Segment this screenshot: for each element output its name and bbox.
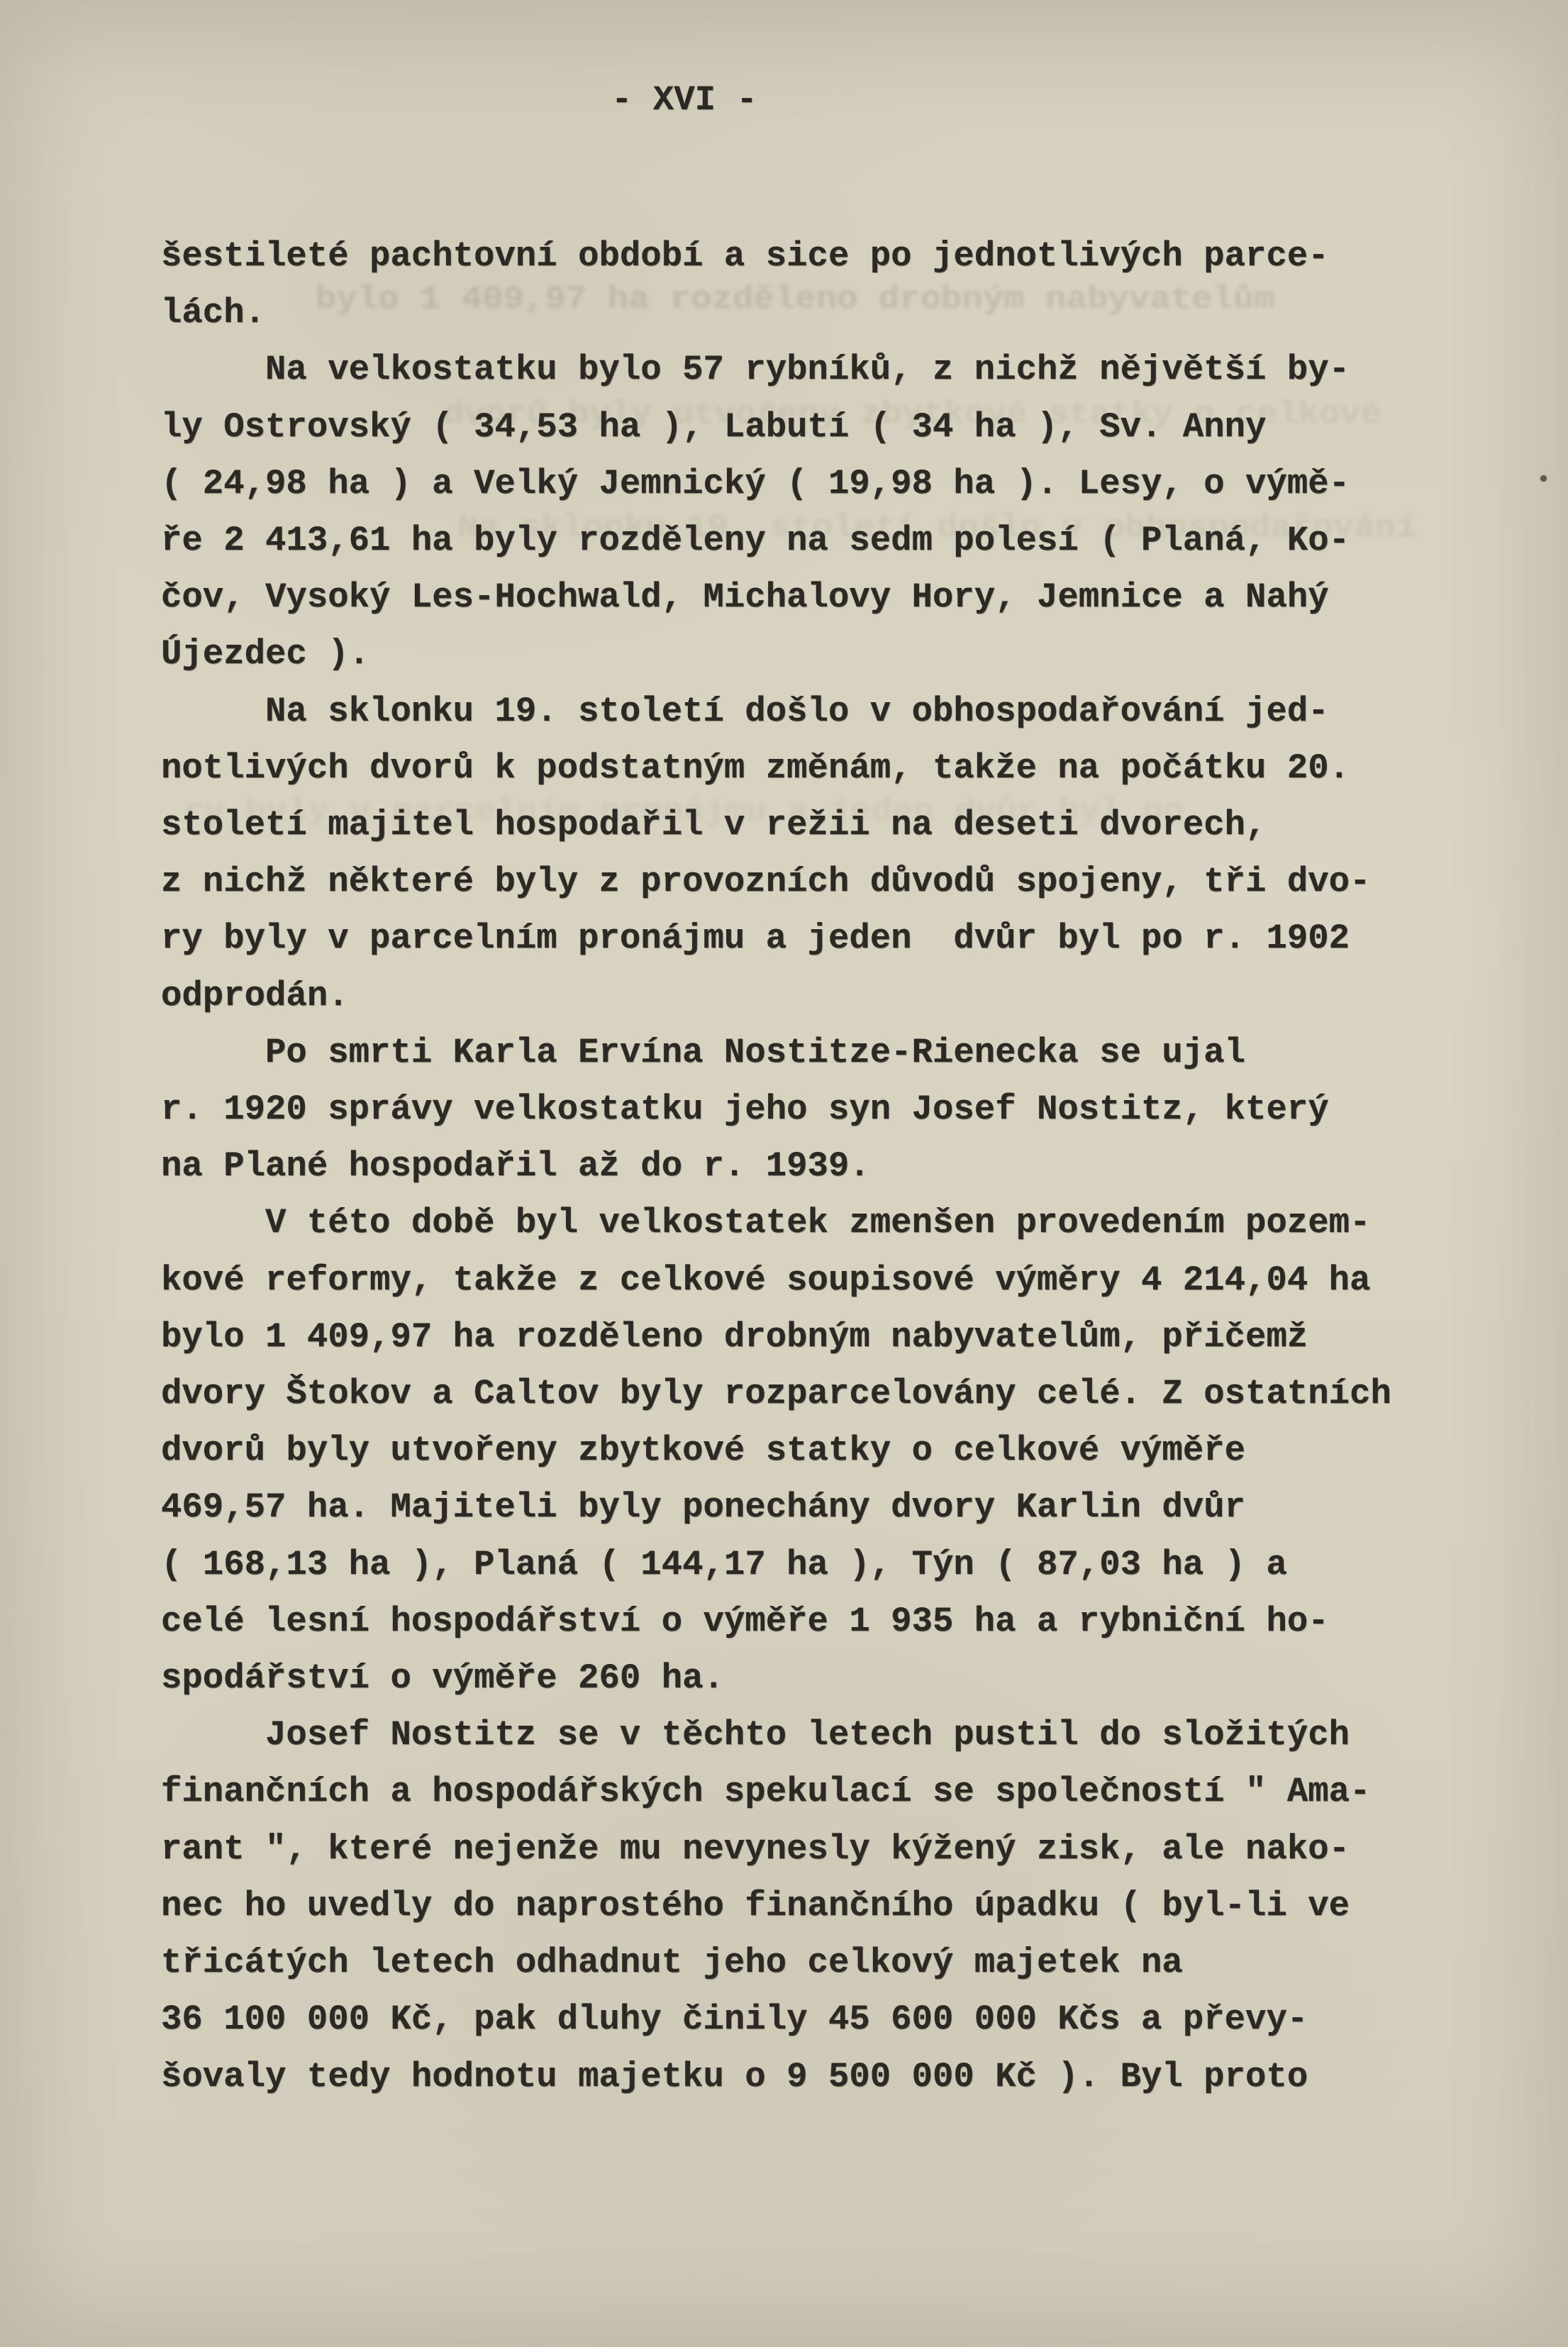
text-line: 36 100 000 Kč, pak dluhy činily 45 600 0… bbox=[161, 1991, 1391, 2048]
text-line: čov, Vysoký Les-Hochwald, Michalovy Hory… bbox=[161, 569, 1391, 626]
document-page: bylo 1 409,97 ha rozděleno drobným nabyv… bbox=[0, 0, 1568, 2347]
text-line: z nichž některé byly z provozních důvodů… bbox=[161, 853, 1391, 910]
text-line: dvory Štokov a Caltov byly rozparcelován… bbox=[161, 1365, 1391, 1422]
text-line: odprodán. bbox=[161, 967, 1391, 1024]
text-line: Na velkostatku bylo 57 rybníků, z nichž … bbox=[161, 341, 1391, 398]
text-line: bylo 1 409,97 ha rozděleno drobným nabyv… bbox=[161, 1309, 1391, 1365]
text-line: ( 168,13 ha ), Planá ( 144,17 ha ), Týn … bbox=[161, 1536, 1391, 1593]
text-line: třicátých letech odhadnut jeho celkový m… bbox=[161, 1934, 1391, 1991]
page-number-header: - XVI - bbox=[611, 72, 757, 128]
text-line: šovaly tedy hodnotu majetku o 9 500 000 … bbox=[161, 2048, 1391, 2105]
text-line: ry byly v parcelním pronájmu a jeden dvů… bbox=[161, 910, 1391, 967]
text-line: spodářství o výměře 260 ha. bbox=[161, 1650, 1391, 1707]
text-line: šestileté pachtovní období a sice po jed… bbox=[161, 228, 1391, 284]
text-line: V této době byl velkostatek zmenšen prov… bbox=[161, 1194, 1391, 1251]
text-line: ( 24,98 ha ) a Velký Jemnický ( 19,98 ha… bbox=[161, 455, 1391, 512]
text-line: notlivých dvorů k podstatným změnám, tak… bbox=[161, 740, 1391, 797]
text-line: finančních a hospodářských spekulací se … bbox=[161, 1763, 1391, 1820]
text-line: dvorů byly utvořeny zbytkové statky o ce… bbox=[161, 1422, 1391, 1479]
text-line: celé lesní hospodářství o výměře 1 935 h… bbox=[161, 1593, 1391, 1650]
text-line: Josef Nostitz se v těchto letech pustil … bbox=[161, 1707, 1391, 1763]
text-line: ře 2 413,61 ha byly rozděleny na sedm po… bbox=[161, 512, 1391, 569]
text-line: r. 1920 správy velkostatku jeho syn Jose… bbox=[161, 1081, 1391, 1138]
text-line: na Plané hospodařil až do r. 1939. bbox=[161, 1138, 1391, 1194]
text-line: století majitel hospodařil v režii na de… bbox=[161, 797, 1391, 853]
text-line: rant ", které nejenže mu nevynesly kýžen… bbox=[161, 1821, 1391, 1877]
text-line: 469,57 ha. Majiteli byly ponechány dvory… bbox=[161, 1479, 1391, 1536]
text-line: nec ho uvedly do naprostého finančního ú… bbox=[161, 1877, 1391, 1934]
body-text: šestileté pachtovní období a sice po jed… bbox=[161, 228, 1391, 2105]
text-line: Po smrti Karla Ervína Nostitze-Rienecka … bbox=[161, 1024, 1391, 1081]
text-line: kové reformy, takže z celkové soupisové … bbox=[161, 1252, 1391, 1309]
text-line: ly Ostrovský ( 34,53 ha ), Labutí ( 34 h… bbox=[161, 399, 1391, 455]
text-line: Na sklonku 19. století došlo v obhospoda… bbox=[161, 683, 1391, 740]
ink-speck bbox=[1540, 475, 1547, 482]
text-line: lách. bbox=[161, 284, 1391, 341]
text-line: Újezdec ). bbox=[161, 626, 1391, 682]
